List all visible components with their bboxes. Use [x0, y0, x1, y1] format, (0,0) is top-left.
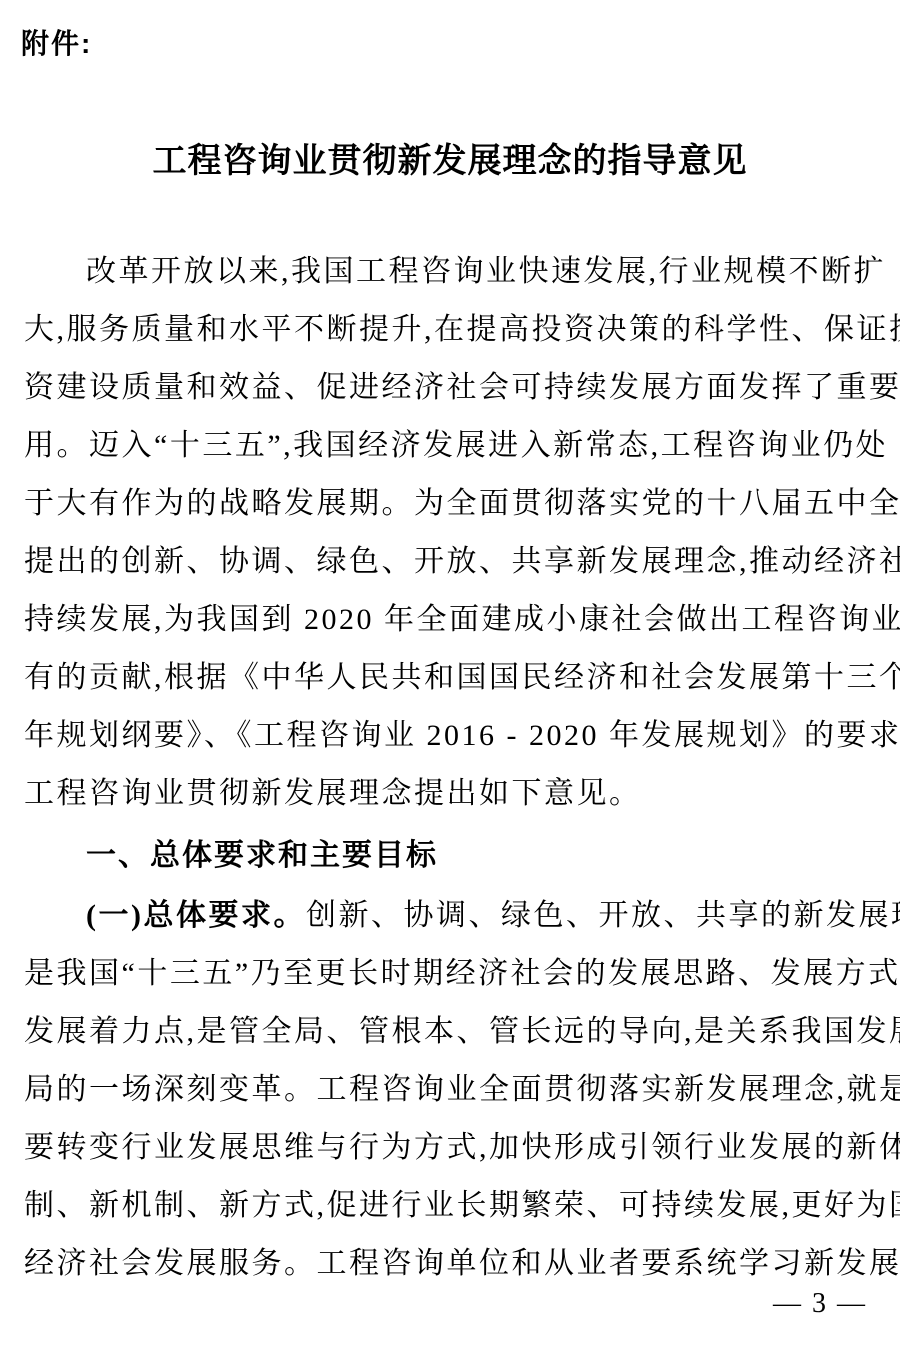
text-line: 提出的创新、协调、绿色、开放、共享新发展理念,推动经济社会可 — [24, 533, 872, 591]
text-line: 大,服务质量和水平不断提升,在提高投资决策的科学性、保证投 — [24, 301, 872, 359]
section-heading: 一、总体要求和主要目标 — [24, 827, 872, 885]
text-line: 持续发展,为我国到 2020 年全面建成小康社会做出工程咨询业应 — [24, 591, 872, 649]
clause-lead: (一)总体要求。 — [86, 899, 306, 932]
document-page: 附件: 工程咨询业贯彻新发展理念的指导意见 改革开放以来,我国工程咨询业快速发展… — [0, 0, 900, 1346]
document-body: 改革开放以来,我国工程咨询业快速发展,行业规模不断扩大,服务质量和水平不断提升,… — [24, 243, 872, 1293]
text-line: 经济社会发展服务。工程咨询单位和从业者要系统学习新发展理 — [24, 1235, 872, 1293]
page-number: — 3 — — [773, 1288, 867, 1320]
line-text: 创新、协调、绿色、开放、共享的新发展理念, — [306, 899, 900, 932]
attachment-label: 附件: — [21, 22, 92, 62]
text-line: 年规划纲要》、《工程咨询业 2016 - 2020 年发展规划》的要求,现就 — [24, 707, 872, 765]
text-line: 用。迈入“十三五”,我国经济发展进入新常态,工程咨询业仍处 — [24, 417, 872, 475]
text-line: 是我国“十三五”乃至更长时期经济社会的发展思路、发展方式和 — [24, 945, 872, 1003]
text-line: 发展着力点,是管全局、管根本、管长远的导向,是关系我国发展全 — [24, 1003, 872, 1061]
text-line: 要转变行业发展思维与行为方式,加快形成引领行业发展的新体 — [24, 1119, 872, 1177]
text-line: 有的贡献,根据《中华人民共和国国民经济和社会发展第十三个五 — [24, 649, 872, 707]
text-line: 工程咨询业贯彻新发展理念提出如下意见。 — [24, 765, 872, 823]
text-line: 改革开放以来,我国工程咨询业快速发展,行业规模不断扩 — [24, 243, 872, 301]
text-line: 制、新机制、新方式,促进行业长期繁荣、可持续发展,更好为国家 — [24, 1177, 872, 1235]
text-line: (一)总体要求。创新、协调、绿色、开放、共享的新发展理念, — [24, 887, 872, 945]
text-line: 资建设质量和效益、促进经济社会可持续发展方面发挥了重要作 — [24, 359, 872, 417]
page-title: 工程咨询业贯彻新发展理念的指导意见 — [0, 133, 900, 182]
text-line: 局的一场深刻变革。工程咨询业全面贯彻落实新发展理念,就是 — [24, 1061, 872, 1119]
text-line: 于大有作为的战略发展期。为全面贯彻落实党的十八届五中全会 — [24, 475, 872, 533]
